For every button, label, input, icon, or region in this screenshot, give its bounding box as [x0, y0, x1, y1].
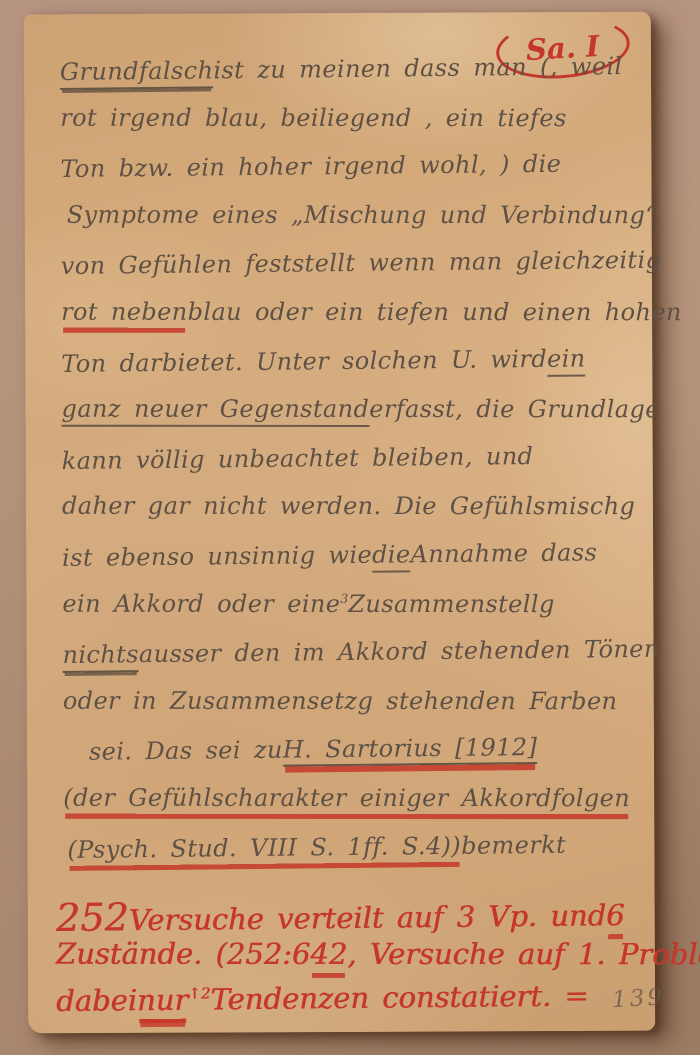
- handwriting-segment: erfasst, die Grundlage: [369, 395, 660, 423]
- handwriting-line: Symptome eines „Mischung und Verbindung“: [61, 200, 641, 249]
- handwriting-segment: ist ebenso unsinnig wie: [62, 541, 372, 572]
- handwriting-segment: H. Sartorius [1912]: [283, 733, 538, 767]
- red-annotation-block: 252 Versuche verteilt auf 3 Vp. und 6Zus…: [56, 892, 653, 1027]
- handwriting-line: kann völlig unbeachtet bleiben, und: [62, 441, 642, 496]
- handwriting-segment: nichts: [62, 640, 139, 673]
- handwriting-segment: Grundfalsch: [60, 56, 214, 90]
- handwriting-segment: ein: [547, 344, 586, 376]
- page-number: 139: [611, 984, 665, 1013]
- handwriting-segment: bemerkt: [461, 830, 566, 859]
- handwriting-line: ganz neuer Gegenstand erfasst, die Grund…: [62, 395, 642, 444]
- handwriting-line: (Psych. Stud. VIII S. 1ff. S.4)) bemerkt: [63, 829, 643, 884]
- handwriting-segment: von Gefühlen feststellt wenn man gleichz…: [61, 246, 662, 280]
- handwriting-line: Ton darbietet. Unter solchen U. wird ein: [61, 343, 641, 398]
- handwriting-segment: rot neben: [61, 298, 188, 328]
- handwriting-line: nichts ausser den im Akkord stehenden Tö…: [62, 635, 642, 690]
- handwriting-line: ist ebenso unsinnig wie die Annahme dass: [62, 538, 642, 593]
- handwriting-segment: blau oder ein tiefen und einen hohen: [188, 298, 682, 326]
- manuscript-paper: Sa. I Grundfalsch ist zu meinen dass man…: [24, 12, 655, 1034]
- handwriting-segment: Ton bzw. ein hoher irgend wohl, ) die: [60, 150, 561, 183]
- handwriting-segment: rot irgend blau, beiliegend , ein tiefes: [60, 103, 566, 131]
- handwriting-line: sei. Das sei zu H. Sartorius [1912]: [63, 732, 643, 787]
- handwriting-line: rot neben blau oder ein tiefen und einen…: [61, 298, 641, 347]
- handwriting-body: Grundfalsch ist zu meinen dass man (, we…: [60, 54, 644, 883]
- handwriting-line: Ton bzw. ein hoher irgend wohl, ) die: [60, 149, 640, 204]
- handwriting-segment: ist zu meinen dass man (, weil: [213, 52, 622, 84]
- handwriting-line: ein Akkord oder eine 3Zusammenstellg: [62, 589, 642, 638]
- handwriting-segment: ganz neuer Gegenstand: [62, 395, 370, 427]
- handwriting-segment: Symptome eines „Mischung und Verbindung“: [67, 200, 658, 229]
- handwriting-segment: 42: [310, 937, 347, 973]
- handwriting-segment: (der Gefühlscharakter einiger Akkordfolg…: [63, 784, 630, 814]
- handwriting-segment: Zusammenstellg: [348, 589, 554, 617]
- handwriting-segment: 6: [606, 898, 625, 934]
- handwriting-line: dabei nur ↑2Tendenzen constatiert. =: [56, 978, 652, 1028]
- handwriting-line: von Gefühlen feststellt wenn man gleichz…: [61, 246, 641, 301]
- handwriting-segment: , Versuche auf 1. Problem): [347, 937, 700, 971]
- handwriting-segment: Ton darbietet. Unter solchen U. wird: [61, 344, 547, 377]
- handwriting-segment: ausser den im Akkord stehenden Tönen: [139, 635, 660, 668]
- handwriting-segment: 252: [55, 895, 129, 941]
- handwriting-segment: Tendenzen constatiert. =: [210, 978, 589, 1016]
- handwriting-segment: oder in Zusammensetzg stehenden Farben: [63, 686, 618, 714]
- handwriting-line: daher gar nicht werden. Die Gefühlsmisch…: [62, 492, 642, 541]
- handwriting-segment: kann völlig unbeachtet bleiben, und: [62, 442, 534, 475]
- handwriting-segment: ↑2: [188, 985, 210, 1003]
- handwriting-line: (der Gefühlscharakter einiger Akkordfolg…: [63, 784, 643, 833]
- handwriting-line: Zustände. (252:6 42, Versuche auf 1. Pro…: [56, 937, 652, 982]
- handwriting-segment: dabei: [56, 983, 137, 1018]
- handwriting-segment: ein Akkord oder eine: [62, 589, 340, 617]
- handwriting-segment: sei. Das sei zu: [89, 736, 283, 766]
- handwriting-line: Grundfalsch ist zu meinen dass man (, we…: [60, 52, 640, 107]
- handwriting-segment: daher gar nicht werden. Die Gefühlsmisch…: [62, 492, 635, 521]
- mat-background: Sa. I Grundfalsch ist zu meinen dass man…: [0, 0, 700, 1055]
- handwriting-segment: nur: [137, 983, 189, 1020]
- handwriting-segment: 3: [340, 590, 348, 605]
- handwriting-line: 252 Versuche verteilt auf 3 Vp. und 6: [55, 890, 651, 940]
- handwriting-segment: Annahme dass: [410, 538, 597, 568]
- handwriting-line: rot irgend blau, beiliegend , ein tiefes: [60, 103, 640, 152]
- handwriting-segment: Zustände. (252:6: [56, 937, 310, 971]
- handwriting-segment: die: [372, 540, 411, 572]
- handwriting-line: oder in Zusammensetzg stehenden Farben: [63, 686, 643, 735]
- handwriting-segment: Versuche verteilt auf 3 Vp. und: [129, 898, 607, 937]
- handwriting-segment: (Psych. Stud. VIII S. 1ff. S.4)): [67, 831, 461, 865]
